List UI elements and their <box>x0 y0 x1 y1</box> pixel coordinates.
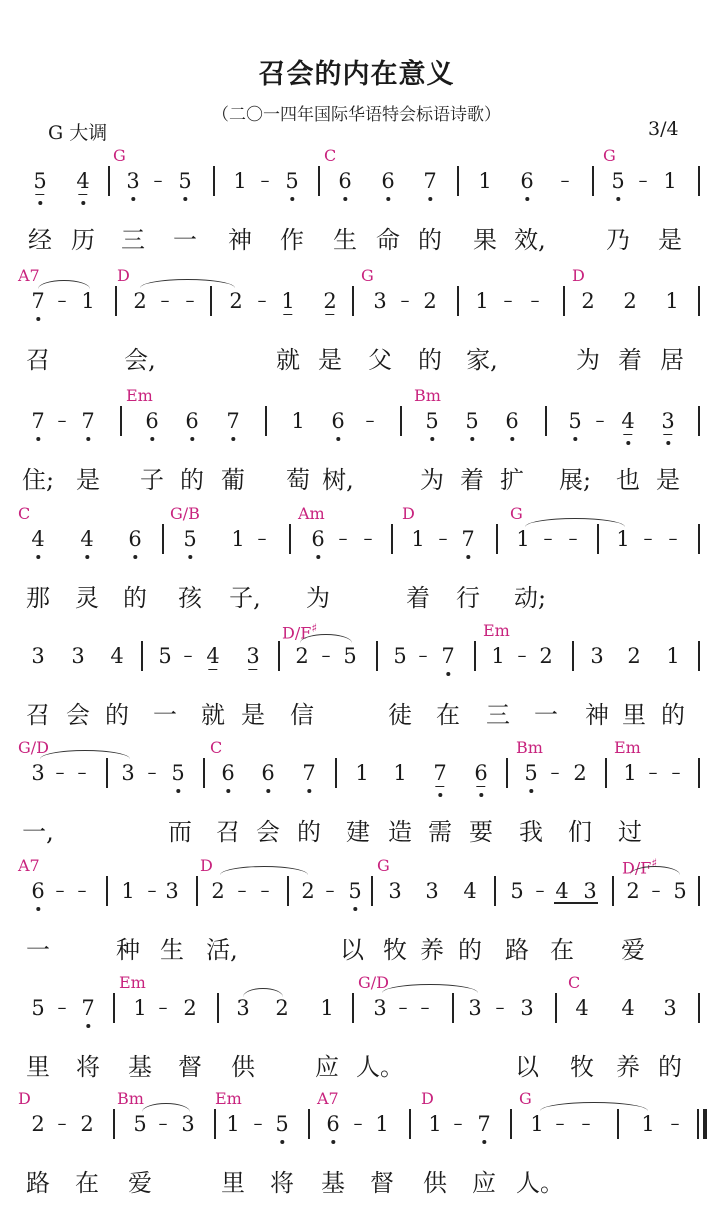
sustain-dash: – <box>364 528 373 550</box>
lyric-char: 的 <box>180 460 204 495</box>
lyric-char: 将 <box>76 1047 100 1082</box>
lower-octave-dot <box>343 197 347 201</box>
barline <box>115 286 117 316</box>
note: 5 <box>568 410 581 432</box>
lower-octave-dot <box>616 197 620 201</box>
note: 2 <box>627 645 640 667</box>
chord-symbol: G <box>361 266 374 285</box>
note: 5 <box>275 1113 288 1135</box>
lyric-char: 活, <box>206 930 238 965</box>
lyric-char: 神 <box>228 220 252 255</box>
sustain-dash: – <box>544 528 553 550</box>
lyric-char: 们 <box>568 812 592 847</box>
note: 2 <box>211 880 224 902</box>
note: 1 <box>233 170 246 192</box>
lyric-char: 经 <box>28 220 52 255</box>
sustain-dash: – <box>261 170 270 192</box>
lyric-char: 路 <box>26 1163 50 1198</box>
lyric-char: 在 <box>75 1163 99 1198</box>
barline <box>592 166 594 196</box>
lyric-char: 树, <box>322 460 354 495</box>
chord-symbol: Em <box>126 386 153 405</box>
note: 1 <box>530 1113 543 1135</box>
note: 1 <box>516 528 529 550</box>
barline <box>698 524 700 554</box>
lyric-char: 督 <box>178 1047 202 1082</box>
note: 1 <box>475 290 488 312</box>
sustain-dash: – <box>184 645 193 667</box>
lyric-char: 在 <box>436 695 460 730</box>
note: 2 <box>275 997 288 1019</box>
note: 3 <box>425 880 438 902</box>
lyric-char: 孩 <box>178 578 202 613</box>
note: 1 <box>121 880 134 902</box>
tie-slur <box>525 518 625 527</box>
note: 3 <box>388 880 401 902</box>
note: 1 <box>320 997 333 1019</box>
lyric-char: 召 <box>216 812 240 847</box>
barline <box>496 524 498 554</box>
lyric-char: 灵 <box>75 578 99 613</box>
barline <box>106 758 108 788</box>
lyric-char: 父 <box>368 340 392 375</box>
lower-octave-dot <box>316 555 320 559</box>
lower-octave-dot <box>190 437 194 441</box>
sustain-dash: – <box>186 290 195 312</box>
chord-symbol: G <box>510 504 523 523</box>
lower-octave-dot <box>430 437 434 441</box>
lower-octave-dot <box>85 555 89 559</box>
lower-octave-dot <box>336 437 340 441</box>
barline <box>352 993 354 1023</box>
lyric-char: 路 <box>505 930 529 965</box>
barline <box>555 993 557 1023</box>
sustain-dash: – <box>159 1113 168 1135</box>
tie-slur <box>38 280 90 289</box>
sustain-dash: – <box>78 762 87 784</box>
note: 1 <box>375 1113 388 1135</box>
note: 6 <box>338 170 351 192</box>
lyric-char: 葡 <box>221 460 245 495</box>
note: 7 <box>226 410 239 432</box>
note: 3 <box>181 1113 194 1135</box>
lyric-char: 是 <box>656 460 680 495</box>
lyric-char: 召 <box>26 340 50 375</box>
lyric-char: 一 <box>26 930 50 965</box>
barline <box>106 876 108 906</box>
lower-octave-dot <box>38 201 42 205</box>
barline <box>113 1109 115 1139</box>
barline <box>510 1109 512 1139</box>
lyric-char: 展; <box>559 460 591 495</box>
lyric-char: 为 <box>306 578 330 613</box>
note: 4 <box>76 170 89 192</box>
barline <box>563 286 565 316</box>
lyric-char: 会, <box>124 340 156 375</box>
sustain-dash: – <box>366 410 375 432</box>
barline <box>217 993 219 1023</box>
note: 3 <box>590 645 603 667</box>
lyric-char: 着 <box>406 578 430 613</box>
note: 2 <box>539 645 552 667</box>
chord-symbol: C <box>324 146 336 165</box>
lower-octave-dot <box>226 789 230 793</box>
note: 3 <box>661 410 674 432</box>
barline <box>162 524 164 554</box>
lower-octave-dot <box>36 437 40 441</box>
chord-symbol: G <box>377 856 390 875</box>
note: 1 <box>133 997 146 1019</box>
eighth-underline <box>476 786 485 788</box>
eighth-underline <box>208 669 217 671</box>
barline <box>698 758 700 788</box>
lyric-char: 一 <box>153 695 177 730</box>
note: 7 <box>477 1113 490 1135</box>
note: 3 <box>663 997 676 1019</box>
lyric-char: 以 <box>515 1047 539 1082</box>
lyric-char: 养 <box>616 1047 640 1082</box>
lyric-char: 神 <box>585 695 609 730</box>
lyric-char: 牧 <box>570 1047 594 1082</box>
note: 5 <box>183 528 196 550</box>
lower-octave-dot <box>133 555 137 559</box>
lower-octave-dot <box>626 441 630 445</box>
note: 5 <box>31 997 44 1019</box>
barline <box>698 993 700 1023</box>
chord-symbol: D <box>402 504 415 523</box>
lyric-char: 信 <box>290 695 314 730</box>
barline <box>457 286 459 316</box>
sustain-dash: – <box>439 528 448 550</box>
barline <box>612 876 614 906</box>
lyric-char: 的 <box>297 812 321 847</box>
sustain-dash: – <box>58 1113 67 1135</box>
lyric-char: 人。 <box>356 1047 404 1082</box>
eighth-underline <box>283 314 292 316</box>
note: 2 <box>80 1113 93 1135</box>
barline <box>409 1109 411 1139</box>
lower-octave-dot <box>529 789 533 793</box>
note: 7 <box>441 645 454 667</box>
lower-octave-dot <box>36 317 40 321</box>
note: 3 <box>126 170 139 192</box>
sustain-dash: – <box>159 997 168 1019</box>
note: 4 <box>621 410 634 432</box>
lyric-char: 里 <box>221 1163 245 1198</box>
sustain-dash: – <box>148 762 157 784</box>
chord-symbol: C <box>18 504 30 523</box>
barline <box>108 166 110 196</box>
lyric-char: 种 <box>116 930 140 965</box>
lyric-char: 徒 <box>388 695 412 730</box>
lyric-char: 会 <box>66 695 90 730</box>
chord-symbol: Bm <box>414 386 441 405</box>
lyric-char: 子, <box>229 578 261 613</box>
chord-symbol: G <box>113 146 126 165</box>
lyric-char: 会 <box>256 812 280 847</box>
tie-slur <box>142 1103 190 1112</box>
lyric-char: 供 <box>423 1163 447 1198</box>
lyric-char: 三 <box>486 695 510 730</box>
note: 4 <box>31 528 44 550</box>
note: 1 <box>616 528 629 550</box>
sustain-dash: – <box>419 645 428 667</box>
lower-octave-dot <box>353 907 357 911</box>
note: 3 <box>468 997 481 1019</box>
chord-symbol: G <box>603 146 616 165</box>
eighth-underline <box>435 786 444 788</box>
tie-slur <box>540 1102 648 1111</box>
note: 4 <box>555 880 568 902</box>
note: 1 <box>226 1113 239 1135</box>
barline <box>213 166 215 196</box>
sustain-dash: – <box>569 528 578 550</box>
chord-symbol: D <box>421 1089 434 1108</box>
note: 5 <box>178 170 191 192</box>
note: 2 <box>295 645 308 667</box>
lower-octave-dot <box>510 437 514 441</box>
lower-octave-dot <box>188 555 192 559</box>
chord-symbol: Em <box>614 738 641 757</box>
lower-octave-dot <box>36 555 40 559</box>
lyric-char: 的 <box>458 930 482 965</box>
barline <box>318 166 320 196</box>
note: 1 <box>231 528 244 550</box>
lyric-char: 行 <box>456 578 480 613</box>
lower-octave-dot <box>86 437 90 441</box>
barline <box>597 524 599 554</box>
lyric-char: 是 <box>241 695 265 730</box>
barline <box>203 758 205 788</box>
chord-symbol: G/B <box>170 504 200 523</box>
lyric-char: 一, <box>22 812 54 847</box>
chord-symbol: D <box>18 1089 31 1108</box>
note: 6 <box>326 1113 339 1135</box>
lyric-char: 在 <box>550 930 574 965</box>
note: 3 <box>520 997 533 1019</box>
lyric-char: 里 <box>26 1047 50 1082</box>
barline <box>265 406 267 436</box>
note: 5 <box>673 880 686 902</box>
tie-slur <box>220 866 308 875</box>
lyric-char: 为 <box>576 340 600 375</box>
eighth-underline <box>35 194 44 196</box>
note: 5 <box>393 645 406 667</box>
note: 5 <box>171 762 184 784</box>
note: 3 <box>373 290 386 312</box>
note: 2 <box>301 880 314 902</box>
note: 2 <box>31 1113 44 1135</box>
lyric-char: 扩 <box>500 460 524 495</box>
note: 4 <box>110 645 123 667</box>
note: 5 <box>33 170 46 192</box>
note: 6 <box>31 880 44 902</box>
lyric-char: 作 <box>280 220 304 255</box>
sustain-dash: – <box>399 997 408 1019</box>
lyric-char: 以 <box>340 930 364 965</box>
lyric-char: 养 <box>420 930 444 965</box>
barline <box>698 876 700 906</box>
chord-symbol: D <box>572 266 585 285</box>
sustain-dash: – <box>401 290 410 312</box>
lower-octave-dot <box>290 197 294 201</box>
lyric-char: 爱 <box>621 930 645 965</box>
note: 5 <box>133 1113 146 1135</box>
barline <box>698 166 700 196</box>
lyric-char: 是 <box>658 220 682 255</box>
note: 1 <box>393 762 406 784</box>
time-signature: 3/4 <box>648 118 679 140</box>
note: 7 <box>31 290 44 312</box>
lyric-char: 一 <box>534 695 558 730</box>
note: 2 <box>133 290 146 312</box>
sustain-dash: – <box>354 1113 363 1135</box>
note: 3 <box>121 762 134 784</box>
sustain-dash: – <box>496 997 505 1019</box>
lower-octave-dot <box>428 197 432 201</box>
chord-symbol: Bm <box>117 1089 144 1108</box>
lower-octave-dot <box>438 793 442 797</box>
note: 3 <box>246 645 259 667</box>
sustain-dash: – <box>254 1113 263 1135</box>
note: 7 <box>433 762 446 784</box>
lyric-char: 过 <box>618 812 642 847</box>
lyric-char: 而 <box>168 812 192 847</box>
barline <box>214 1109 216 1139</box>
lyric-char: 牧 <box>383 930 407 965</box>
lower-octave-dot <box>307 789 311 793</box>
barline <box>371 876 373 906</box>
sustain-dash: – <box>78 880 87 902</box>
note: 7 <box>81 997 94 1019</box>
lower-octave-dot <box>331 1140 335 1144</box>
lower-octave-dot <box>466 555 470 559</box>
barline <box>278 641 280 671</box>
lower-octave-dot <box>573 437 577 441</box>
lyric-char: 召 <box>26 695 50 730</box>
sustain-dash: – <box>454 1113 463 1135</box>
note: 6 <box>221 762 234 784</box>
lyric-char: 里 <box>622 695 646 730</box>
lyric-char: 造 <box>388 812 412 847</box>
barline <box>391 524 393 554</box>
song-title: 召会的内在意义 <box>0 52 713 91</box>
lyric-char: 应 <box>315 1047 339 1082</box>
barline <box>457 166 459 196</box>
chord-symbol: C <box>210 738 222 757</box>
sustain-dash: – <box>326 880 335 902</box>
note: 1 <box>641 1113 654 1135</box>
lyric-char: 的 <box>658 1047 682 1082</box>
lyric-char: 需 <box>428 812 452 847</box>
note: 6 <box>185 410 198 432</box>
lyric-char: 的 <box>123 578 147 613</box>
eighth-underline <box>623 434 632 436</box>
note: 7 <box>31 410 44 432</box>
sustain-dash: – <box>322 645 331 667</box>
note: 5 <box>343 645 356 667</box>
barline <box>289 524 291 554</box>
lower-octave-dot <box>150 437 154 441</box>
note: 2 <box>581 290 594 312</box>
note: 6 <box>381 170 394 192</box>
lyric-char: 着 <box>460 460 484 495</box>
lyric-char: 建 <box>346 812 370 847</box>
lyric-char: 的 <box>661 695 685 730</box>
barline <box>494 876 496 906</box>
note: 5 <box>510 880 523 902</box>
note: 1 <box>281 290 294 312</box>
note: 5 <box>348 880 361 902</box>
sustain-dash: – <box>556 1113 565 1135</box>
note: 7 <box>461 528 474 550</box>
sustain-dash: – <box>652 880 661 902</box>
barline <box>698 406 700 436</box>
lower-octave-dot <box>280 1140 284 1144</box>
sustain-dash: – <box>561 170 570 192</box>
key-signature: G 大调 <box>48 118 107 145</box>
lyric-char: 将 <box>270 1163 294 1198</box>
lower-octave-dot <box>470 437 474 441</box>
note: 3 <box>31 762 44 784</box>
lower-octave-dot <box>266 789 270 793</box>
barline <box>572 641 574 671</box>
barline <box>113 993 115 1023</box>
note: 6 <box>505 410 518 432</box>
lyric-char: 命 <box>376 220 400 255</box>
chord-symbol: Em <box>119 973 146 992</box>
lyric-char: 就 <box>276 340 300 375</box>
lyric-char: 生 <box>333 220 357 255</box>
chord-symbol: Bm <box>516 738 543 757</box>
lyric-char: 我 <box>519 812 543 847</box>
tie-slur <box>630 866 680 875</box>
sustain-dash: – <box>649 762 658 784</box>
sustain-dash: – <box>536 880 545 902</box>
lower-octave-dot <box>386 197 390 201</box>
lyric-char: 家, <box>466 340 498 375</box>
note: 6 <box>474 762 487 784</box>
barline <box>308 1109 310 1139</box>
lyric-char: 基 <box>321 1163 345 1198</box>
eighth-underline <box>248 669 257 671</box>
lyric-char: 三 <box>121 220 145 255</box>
sustain-dash: – <box>551 762 560 784</box>
barline <box>698 641 700 671</box>
tie-slur <box>140 279 235 288</box>
chord-symbol: G <box>519 1089 532 1108</box>
lower-octave-dot <box>86 1024 90 1028</box>
lower-octave-dot <box>183 197 187 201</box>
eighth-underline <box>663 434 672 436</box>
lyric-char: 督 <box>370 1163 394 1198</box>
note: 6 <box>311 528 324 550</box>
lyric-char: 萄 <box>286 460 310 495</box>
barline <box>335 758 337 788</box>
note: 3 <box>583 880 596 902</box>
note: 1 <box>428 1113 441 1135</box>
note: 6 <box>520 170 533 192</box>
lyric-char: 的 <box>418 220 442 255</box>
lyric-char: 的 <box>105 695 129 730</box>
note: 5 <box>158 645 171 667</box>
chord-symbol: D <box>200 856 213 875</box>
note: 5 <box>611 170 624 192</box>
sustain-dash: – <box>596 410 605 432</box>
lyric-char: 果 <box>473 220 497 255</box>
lyric-char: 为 <box>420 460 444 495</box>
lyric-char: 的 <box>418 340 442 375</box>
